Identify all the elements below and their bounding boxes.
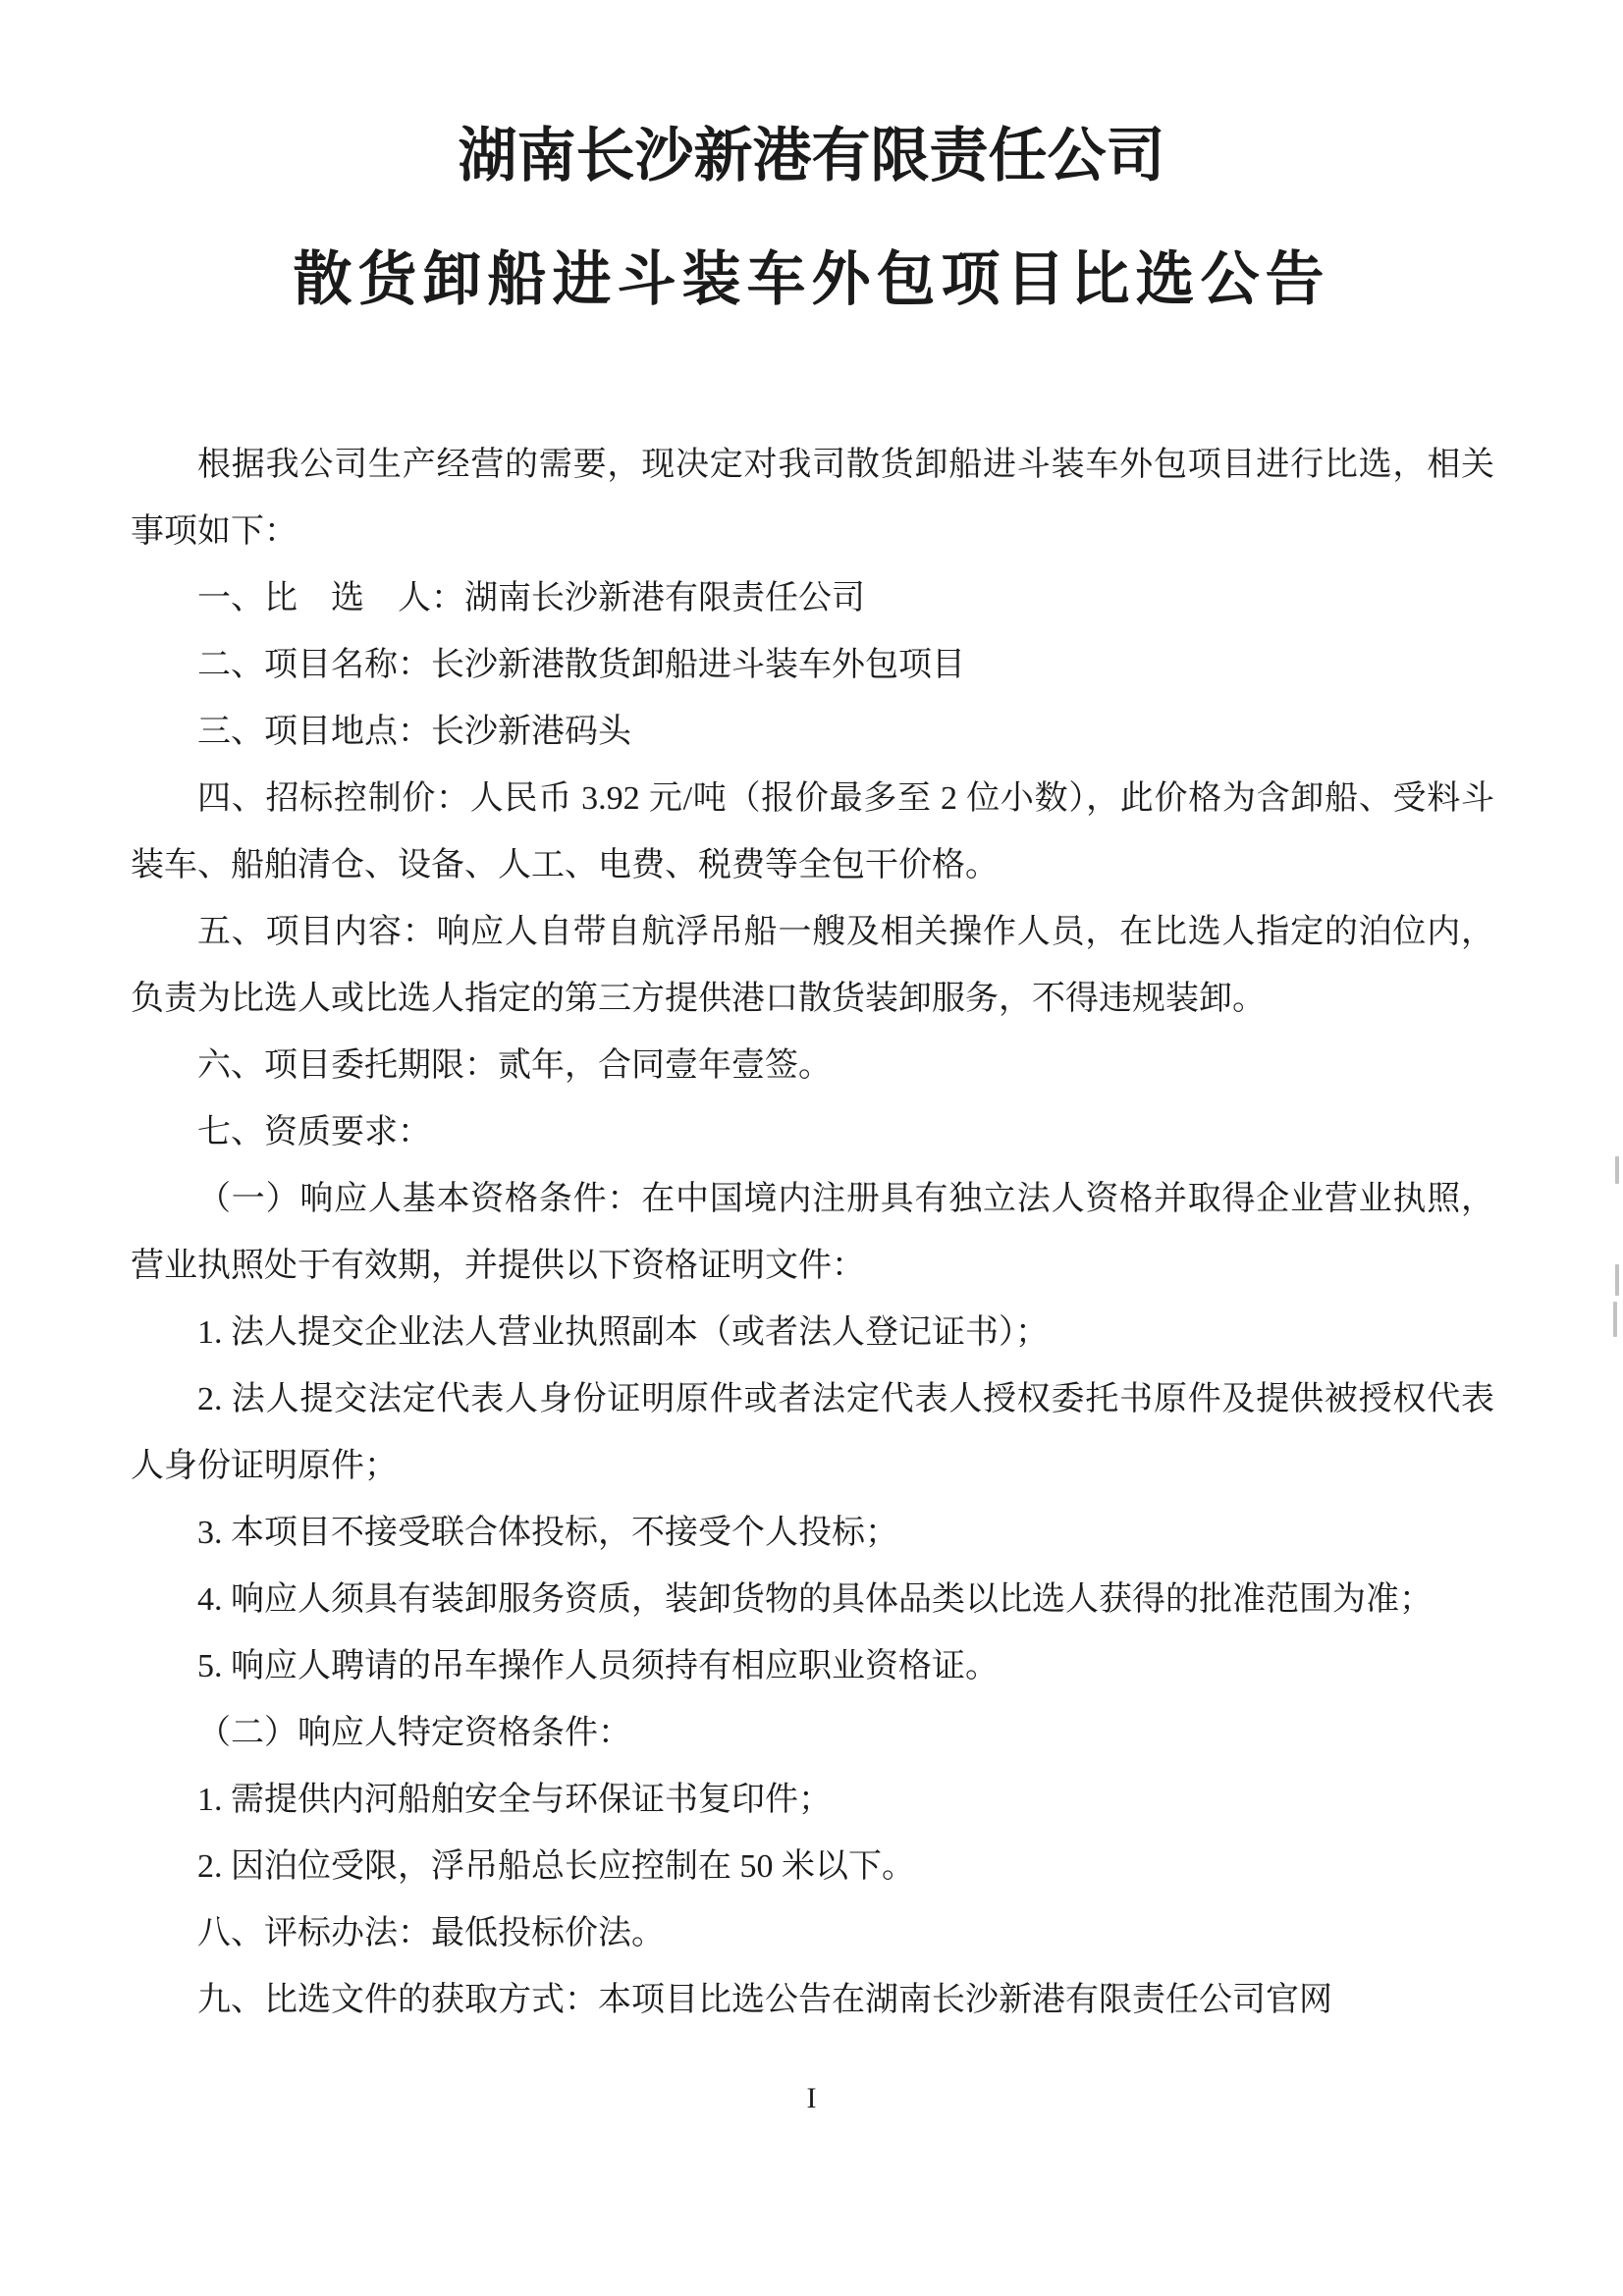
paragraph: 4. 响应人须具有装卸服务资质，装卸货物的具体品类以比选人获得的批准范围为准； — [131, 1567, 1494, 1633]
paragraph: 1. 需提供内河船舶安全与环保证书复印件； — [131, 1767, 1494, 1834]
paragraph: 一、比 选 人：湖南长沙新港有限责任公司 — [131, 565, 1494, 632]
paragraph: 七、资质要求： — [131, 1099, 1494, 1166]
scan-artifact — [1613, 1302, 1617, 1337]
paragraph: 二、项目名称：长沙新港散货卸船进斗装车外包项目 — [131, 632, 1494, 699]
page-number: I — [0, 2079, 1623, 2118]
document-title: 湖南长沙新港有限责任公司 散货卸船进斗装车外包项目比选公告 — [0, 0, 1623, 342]
paragraph: 五、项目内容：响应人自带自航浮吊船一艘及相关操作人员，在比选人指定的泊位内，负责… — [131, 899, 1494, 1033]
paragraph: 2. 法人提交法定代表人身份证明原件或者法定代表人授权委托书原件及提供被授权代表… — [131, 1366, 1494, 1500]
paragraph: 2. 因泊位受限，浮吊船总长应控制在 50 米以下。 — [131, 1834, 1494, 1900]
paragraph: 九、比选文件的获取方式：本项目比选公告在湖南长沙新港有限责任公司官网 — [131, 1967, 1494, 2034]
paragraph: 六、项目委托期限：贰年，合同壹年壹签。 — [131, 1033, 1494, 1099]
paragraph: 八、评标办法：最低投标价法。 — [131, 1900, 1494, 1967]
document-body: 根据我公司生产经营的需要，现决定对我司散货卸船进斗装车外包项目进行比选，相关事项… — [131, 432, 1494, 2034]
paragraph: （二）响应人特定资格条件： — [131, 1700, 1494, 1767]
paragraph: 3. 本项目不接受联合体投标，不接受个人投标； — [131, 1500, 1494, 1567]
scan-artifact — [1615, 1156, 1619, 1184]
scan-artifact — [1615, 1264, 1619, 1296]
paragraph: 根据我公司生产经营的需要，现决定对我司散货卸船进斗装车外包项目进行比选，相关事项… — [131, 432, 1494, 565]
paragraph: 四、招标控制价：人民币 3.92 元/吨（报价最多至 2 位小数），此价格为含卸… — [131, 766, 1494, 899]
title-line-company: 湖南长沙新港有限责任公司 — [0, 94, 1623, 218]
title-line-project: 散货卸船进斗装车外包项目比选公告 — [0, 218, 1623, 342]
document-page: 湖南长沙新港有限责任公司 散货卸船进斗装车外包项目比选公告 根据我公司生产经营的… — [0, 0, 1623, 2296]
paragraph: 三、项目地点：长沙新港码头 — [131, 699, 1494, 766]
paragraph: （一）响应人基本资格条件：在中国境内注册具有独立法人资格并取得企业营业执照，营业… — [131, 1166, 1494, 1300]
paragraph: 1. 法人提交企业法人营业执照副本（或者法人登记证书）； — [131, 1300, 1494, 1366]
paragraph: 5. 响应人聘请的吊车操作人员须持有相应职业资格证。 — [131, 1633, 1494, 1700]
